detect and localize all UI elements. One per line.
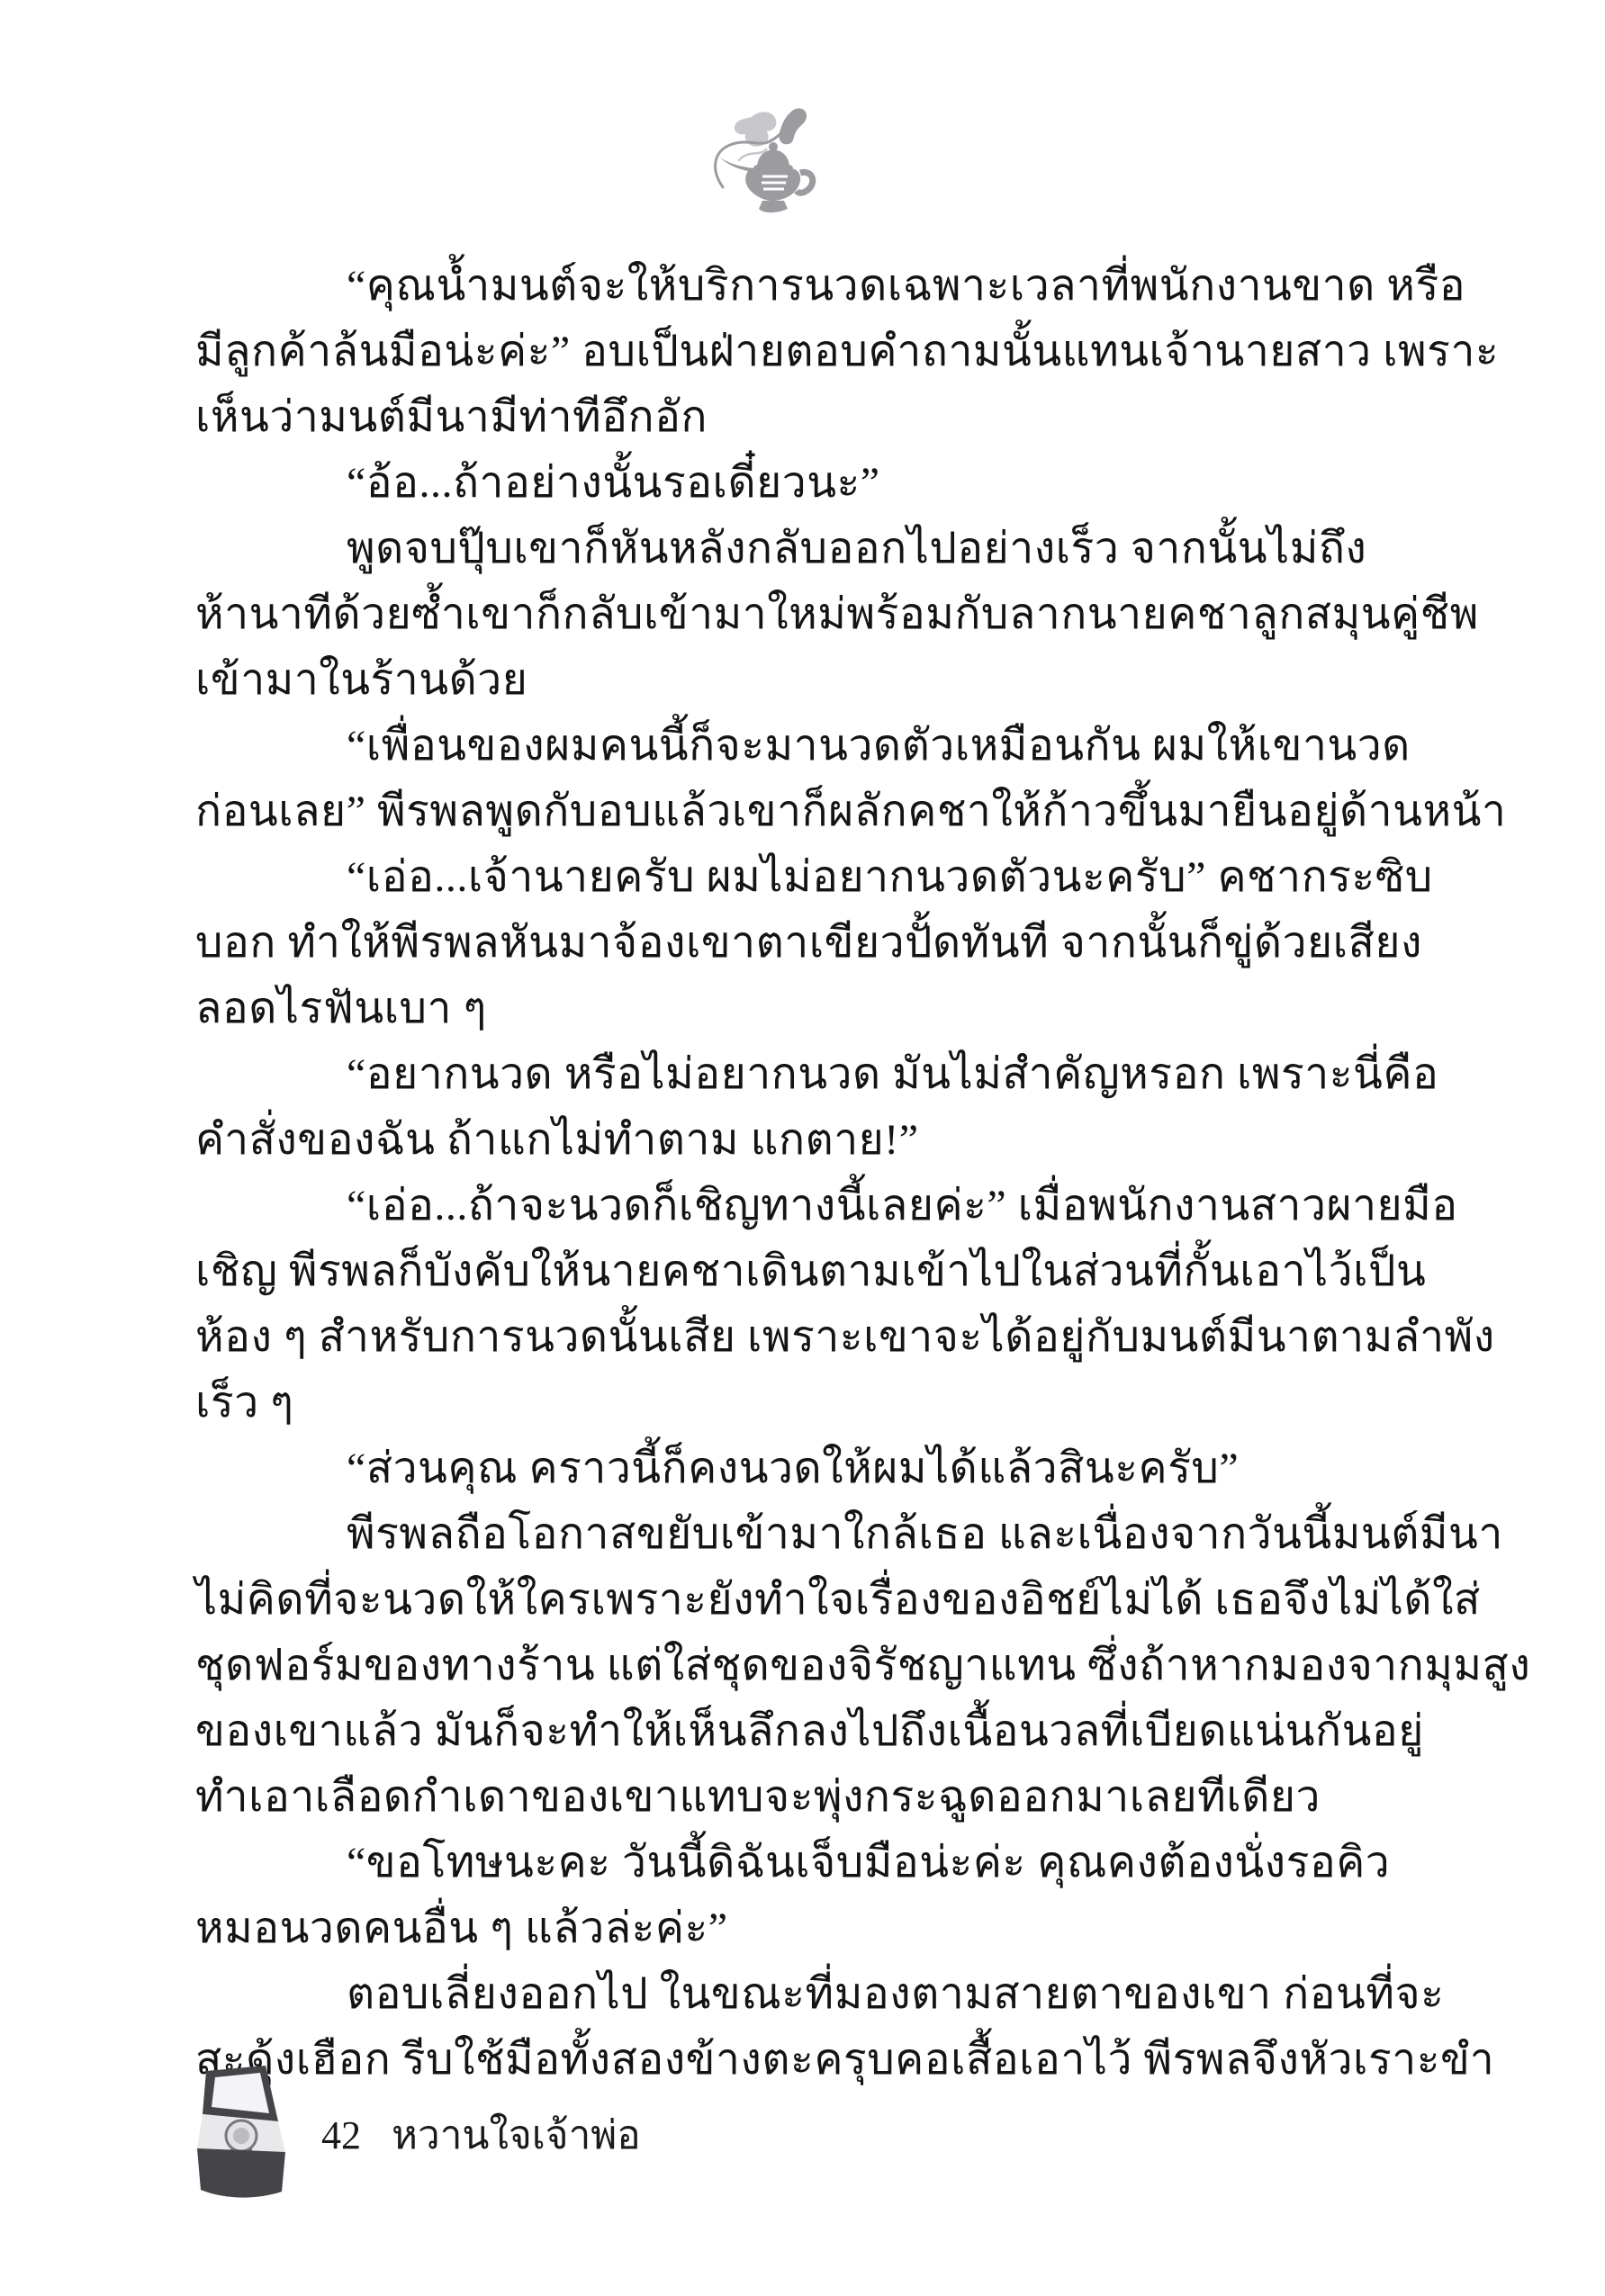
page-number: 42 bbox=[321, 2112, 361, 2158]
text-line: ก่อนเลย” พีรพลพูดกับอบแล้วเขาก็ผลักคชาให… bbox=[195, 779, 1335, 844]
text-line: คำสั่งของฉัน ถ้าแกไม่ทำตาม แกตาย!” bbox=[195, 1107, 1335, 1173]
text-line: หมอนวดคนอื่น ๆ แล้วล่ะค่ะ” bbox=[195, 1895, 1335, 1961]
text-line: ชุดฟอร์มของทางร้าน แต่ใส่ชุดของจิรัชญาแท… bbox=[195, 1633, 1335, 1698]
watch-box-graphic bbox=[192, 2064, 291, 2202]
text-line: เข้ามาในร้านด้วย bbox=[195, 647, 1335, 713]
text-line: ทำเอาเลือดกำเดาของเขาแทบจะพุ่งกระฉูดออกม… bbox=[195, 1764, 1335, 1830]
text-line: เห็นว่ามนต์มีนามีท่าทีอึกอัก bbox=[195, 384, 1335, 450]
text-line: เชิญ พีรพลก็บังคับให้นายคชาเดินตามเข้าไป… bbox=[195, 1238, 1335, 1304]
text-line: “อ้อ...ถ้าอย่างนั้นรอเดี๋ยวนะ” bbox=[195, 450, 1335, 516]
text-line: “ขอโทษนะคะ วันนี้ดิฉันเจ็บมือน่ะค่ะ คุณค… bbox=[195, 1830, 1335, 1895]
text-line: ไม่คิดที่จะนวดให้ใครเพราะยังทำใจเรื่องขอ… bbox=[195, 1567, 1335, 1633]
text-line: “อยากนวด หรือไม่อยากนวด มันไม่สำคัญหรอก … bbox=[195, 1041, 1335, 1107]
text-line: “เอ่อ...ถ้าจะนวดก็เชิญทางนี้เลยค่ะ” เมื่… bbox=[195, 1173, 1335, 1238]
text-line: ของเขาแล้ว มันก็จะทำให้เห็นลึกลงไปถึงเนื… bbox=[195, 1698, 1335, 1764]
text-line: ตอบเลี่ยงออกไป ในขณะที่มองตามสายตาของเขา… bbox=[195, 1961, 1335, 2027]
text-line: ลอดไรฟันเบา ๆ bbox=[195, 976, 1335, 1041]
text-line: “เพื่อนของผมคนนี้ก็จะมานวดตัวเหมือนกัน ผ… bbox=[195, 713, 1335, 779]
footer: 42 หวานใจเจ้าพ่อ bbox=[321, 2103, 641, 2166]
text-line: ห้อง ๆ สำหรับการนวดนั้นเสีย เพราะเขาจะได… bbox=[195, 1304, 1335, 1370]
text-line: สะดุ้งเฮือก รีบใช้มือทั้งสองข้างตะครุบคอ… bbox=[195, 2027, 1335, 2093]
body-text: “คุณน้ำมนต์จะให้บริการนวดเฉพาะเวลาที่พนั… bbox=[195, 253, 1335, 2093]
text-line: เร็ว ๆ bbox=[195, 1370, 1335, 1436]
genie-lamp-graphic bbox=[712, 104, 816, 218]
book-title: หวานใจเจ้าพ่อ bbox=[392, 2103, 641, 2166]
text-line: “คุณน้ำมนต์จะให้บริการนวดเฉพาะเวลาที่พนั… bbox=[195, 253, 1335, 319]
text-line: มีลูกค้าล้นมือน่ะค่ะ” อบเป็นฝ่ายตอบคำถาม… bbox=[195, 319, 1335, 384]
book-page: “คุณน้ำมนต์จะให้บริการนวดเฉพาะเวลาที่พนั… bbox=[0, 0, 1605, 2296]
text-line: “ส่วนคุณ คราวนี้ก็คงนวดให้ผมได้แล้วสินะค… bbox=[195, 1436, 1335, 1501]
text-line: “เอ่อ...เจ้านายครับ ผมไม่อยากนวดตัวนะครั… bbox=[195, 844, 1335, 910]
text-line: พีรพลถือโอกาสขยับเข้ามาใกล้เธอ และเนื่อง… bbox=[195, 1501, 1335, 1567]
text-line: พูดจบปุ๊บเขาก็หันหลังกลับออกไปอย่างเร็ว … bbox=[195, 516, 1335, 581]
watch-box-icon bbox=[192, 2064, 291, 2202]
genie-lamp-icon bbox=[712, 104, 816, 218]
text-line: ห้านาทีด้วยซ้ำเขาก็กลับเข้ามาใหม่พร้อมกั… bbox=[195, 581, 1335, 647]
text-line: บอก ทำให้พีรพลหันมาจ้องเขาตาเขียวปั้ดทัน… bbox=[195, 910, 1335, 976]
